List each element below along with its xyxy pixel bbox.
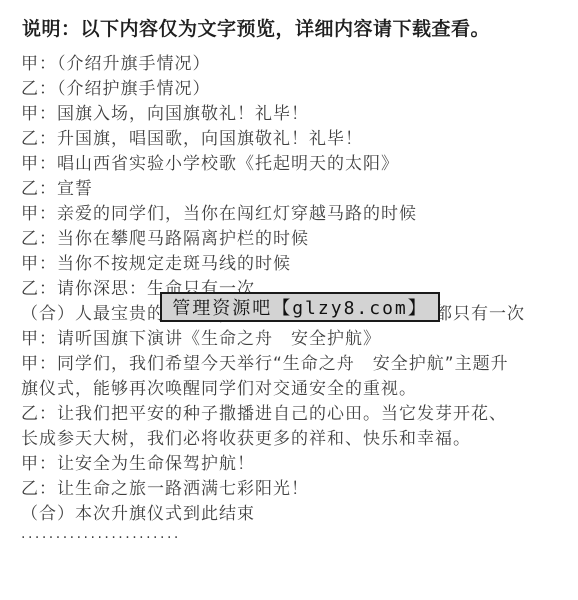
script-line: 甲：国旗入场，向国旗敬礼！礼毕！ bbox=[21, 102, 578, 127]
script-lines: 甲：（介绍升旗手情况）乙：（介绍护旗手情况）甲：国旗入场，向国旗敬礼！礼毕！乙：… bbox=[0, 52, 578, 527]
script-line: 长成参天大树，我们必将收获更多的祥和、快乐和幸福。 bbox=[21, 427, 578, 452]
script-line: 旗仪式，能够再次唤醒同学们对交通安全的重视。 bbox=[21, 377, 578, 402]
script-line: （合）本次升旗仪式到此结束 bbox=[21, 502, 578, 527]
script-line: 甲：（介绍升旗手情况） bbox=[21, 52, 578, 77]
script-line: 甲：亲爱的同学们，当你在闯红灯穿越马路的时候 bbox=[21, 202, 578, 227]
watermark-badge: 管理资源吧【glzy8.com】 bbox=[160, 292, 440, 322]
script-line: 甲：同学们，我们希望今天举行“生命之舟 安全护航”主题升 bbox=[21, 352, 578, 377]
preview-notice: 说明：以下内容仅为文字预览，详细内容请下载查看。 bbox=[0, 0, 578, 44]
script-line: 乙：让我们把平安的种子撒播进自己的心田。当它发芽开花、 bbox=[21, 402, 578, 427]
script-line: 乙：宣誓 bbox=[21, 177, 578, 202]
document-preview-page: 说明：以下内容仅为文字预览，详细内容请下载查看。 甲：（介绍升旗手情况）乙：（介… bbox=[0, 0, 578, 600]
script-line: 乙：（介绍护旗手情况） bbox=[21, 77, 578, 102]
script-line: 甲：请听国旗下演讲《生命之舟 安全护航》 bbox=[21, 327, 578, 352]
ellipsis-line: ······················· bbox=[0, 527, 578, 552]
script-line: 乙：当你在攀爬马路隔离护栏的时候 bbox=[21, 227, 578, 252]
script-line: 乙：让生命之旅一路洒满七彩阳光！ bbox=[21, 477, 578, 502]
watermark-text: 管理资源吧【glzy8.com】 bbox=[172, 294, 428, 320]
script-line: 甲：当你不按规定走斑马线的时候 bbox=[21, 252, 578, 277]
script-line: 甲：唱山西省实验小学校歌《托起明天的太阳》 bbox=[21, 152, 578, 177]
script-line: 乙：升国旗，唱国歌，向国旗敬礼！礼毕！ bbox=[21, 127, 578, 152]
script-line: 甲：让安全为生命保驾护航！ bbox=[21, 452, 578, 477]
